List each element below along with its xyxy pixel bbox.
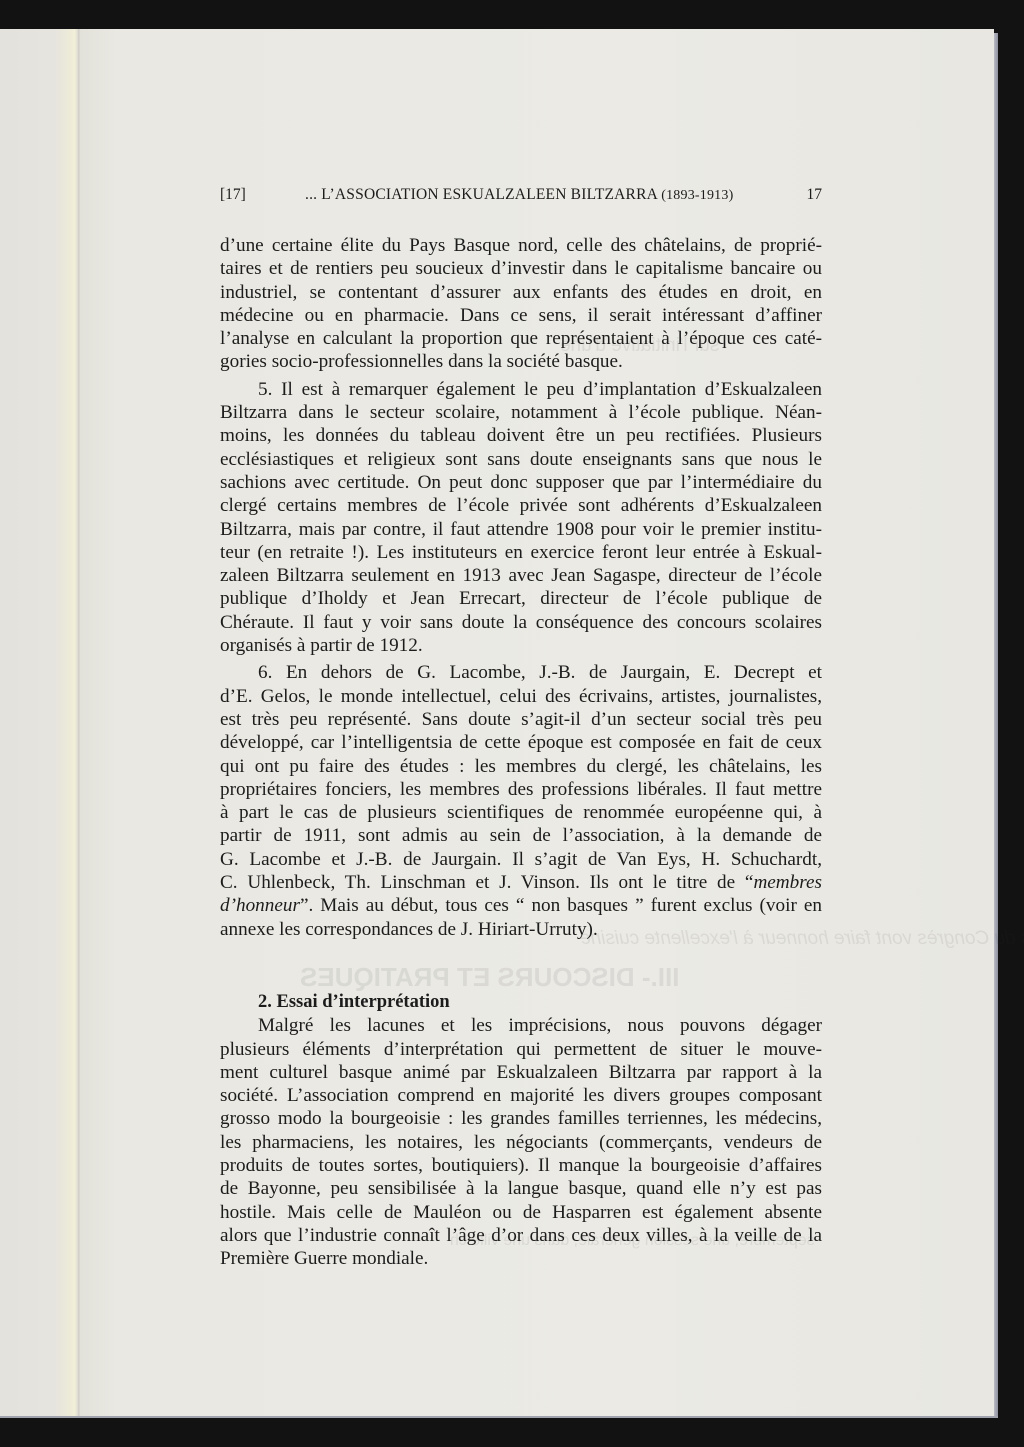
text-line: d’honneur”. Mais au début, tous ces “ no… [220, 894, 822, 917]
text-line: organisés à partir de 1912. [220, 634, 822, 657]
text-line: Première Guerre mondiale. [220, 1247, 822, 1270]
text-line: 5. Il est à remarquer également le peu d… [220, 378, 822, 401]
section-heading: 2. Essai d’interprétation [220, 991, 822, 1014]
running-header: [17] ... L’ASSOCIATION ESKUALZALEEN BILT… [220, 183, 822, 207]
running-title-dates: (1893-1913) [661, 188, 733, 203]
italic-term: membres [753, 872, 822, 893]
italic-term: d’honneur [220, 895, 300, 916]
paragraph-6: 6. En dehors de G. Lacombe, J.-B. de Jau… [220, 661, 822, 941]
text-line: zaleen Biltzarra seulement en 1913 avec … [220, 564, 822, 587]
text-line: est très peu représenté. Sans doute s’ag… [220, 708, 822, 731]
text-line: qui ont pu faire des études : les membre… [220, 755, 822, 778]
page-bottom-edge [0, 1416, 998, 1418]
text-line: médecine ou en pharmacie. Dans ce sens, … [220, 304, 822, 327]
text-line: ment culturel basque animé par Eskualzal… [220, 1061, 822, 1084]
text-line: moins, les données du tableau doivent êt… [220, 424, 822, 447]
text-line: 6. En dehors de G. Lacombe, J.-B. de Jau… [220, 661, 822, 684]
text-line: produits de toutes sortes, boutiquiers).… [220, 1154, 822, 1177]
text-line: Biltzarra dans le secteur scolaire, nota… [220, 401, 822, 424]
text-line: taires et de rentiers peu soucieux d’inv… [220, 257, 822, 280]
text-line: Chéraute. Il faut y voir sans doute la c… [220, 611, 822, 634]
text-line: Malgré les lacunes et les imprécisions, … [220, 1014, 822, 1037]
text-segment: C. Uhlenbeck, Th. Linschman et J. Vinson… [220, 872, 753, 893]
text-line: l’analyse en calculant la proportion que… [220, 327, 822, 350]
text-line: C. Uhlenbeck, Th. Linschman et J. Vinson… [220, 871, 822, 894]
text-line: industriel, se contentant d’assurer aux … [220, 281, 822, 304]
text-line: développé, car l’intelligentsia de cette… [220, 731, 822, 754]
paragraph-5: 5. Il est à remarquer également le peu d… [220, 378, 822, 658]
running-title-text: ... L’ASSOCIATION ESKUALZALEEN BILTZARRA [305, 186, 661, 203]
text-line: gories socio-professionnelles dans la so… [220, 350, 822, 373]
text-line: partir de 1911, sont admis au sein de l’… [220, 824, 822, 847]
facing-page-edge [0, 29, 78, 1417]
paragraph-interpretation: Malgré les lacunes et les imprécisions, … [220, 1014, 822, 1270]
text-line: publique d’Iholdy et Jean Errecart, dire… [220, 587, 822, 610]
paragraph-continuation: d’une certaine élite du Pays Basque nord… [220, 234, 822, 374]
text-line: ecclésiastiques et religieux sont sans d… [220, 448, 822, 471]
page-folio-bracketed: [17] [220, 183, 246, 207]
text-line: annexe les correspondances de J. Hiriart… [220, 918, 822, 941]
text-line: plusieurs éléments d’interprétation qui … [220, 1038, 822, 1061]
body-text: d’une certaine élite du Pays Basque nord… [220, 234, 822, 1270]
text-line: société. L’association comprend en major… [220, 1084, 822, 1107]
text-line: propriétaires fonciers, les membres des … [220, 778, 822, 801]
text-line: grosso modo la bourgeoisie : les grandes… [220, 1107, 822, 1130]
text-line: alors que l’industrie connaît l’âge d’or… [220, 1224, 822, 1247]
text-line: clergé certains membres de l’école privé… [220, 494, 822, 517]
text-line: de Bayonne, peu sensibilisée à la langue… [220, 1177, 822, 1200]
text-line: teur (en retraite !). Les instituteurs e… [220, 541, 822, 564]
text-line: hostile. Mais celle de Mauléon ou de Has… [220, 1201, 822, 1224]
text-line: les pharmaciens, les notaires, les négoc… [220, 1131, 822, 1154]
text-segment: ”. Mais au début, tous ces “ non basques… [300, 895, 822, 916]
page-stack-edge [994, 33, 998, 1417]
text-line: G. Lacombe et J.-B. de Jaurgain. Il s’ag… [220, 848, 822, 871]
page-number: 17 [807, 183, 823, 207]
text-line: à part le cas de plusieurs scientifiques… [220, 801, 822, 824]
text-line: sachions avec certitude. On peut donc su… [220, 471, 822, 494]
text-line: Biltzarra, mais par contre, il faut atte… [220, 518, 822, 541]
running-title: ... L’ASSOCIATION ESKUALZALEEN BILTZARRA… [305, 183, 733, 208]
text-line: d’E. Gelos, le monde intellectuel, celui… [220, 685, 822, 708]
text-line: d’une certaine élite du Pays Basque nord… [220, 234, 822, 257]
